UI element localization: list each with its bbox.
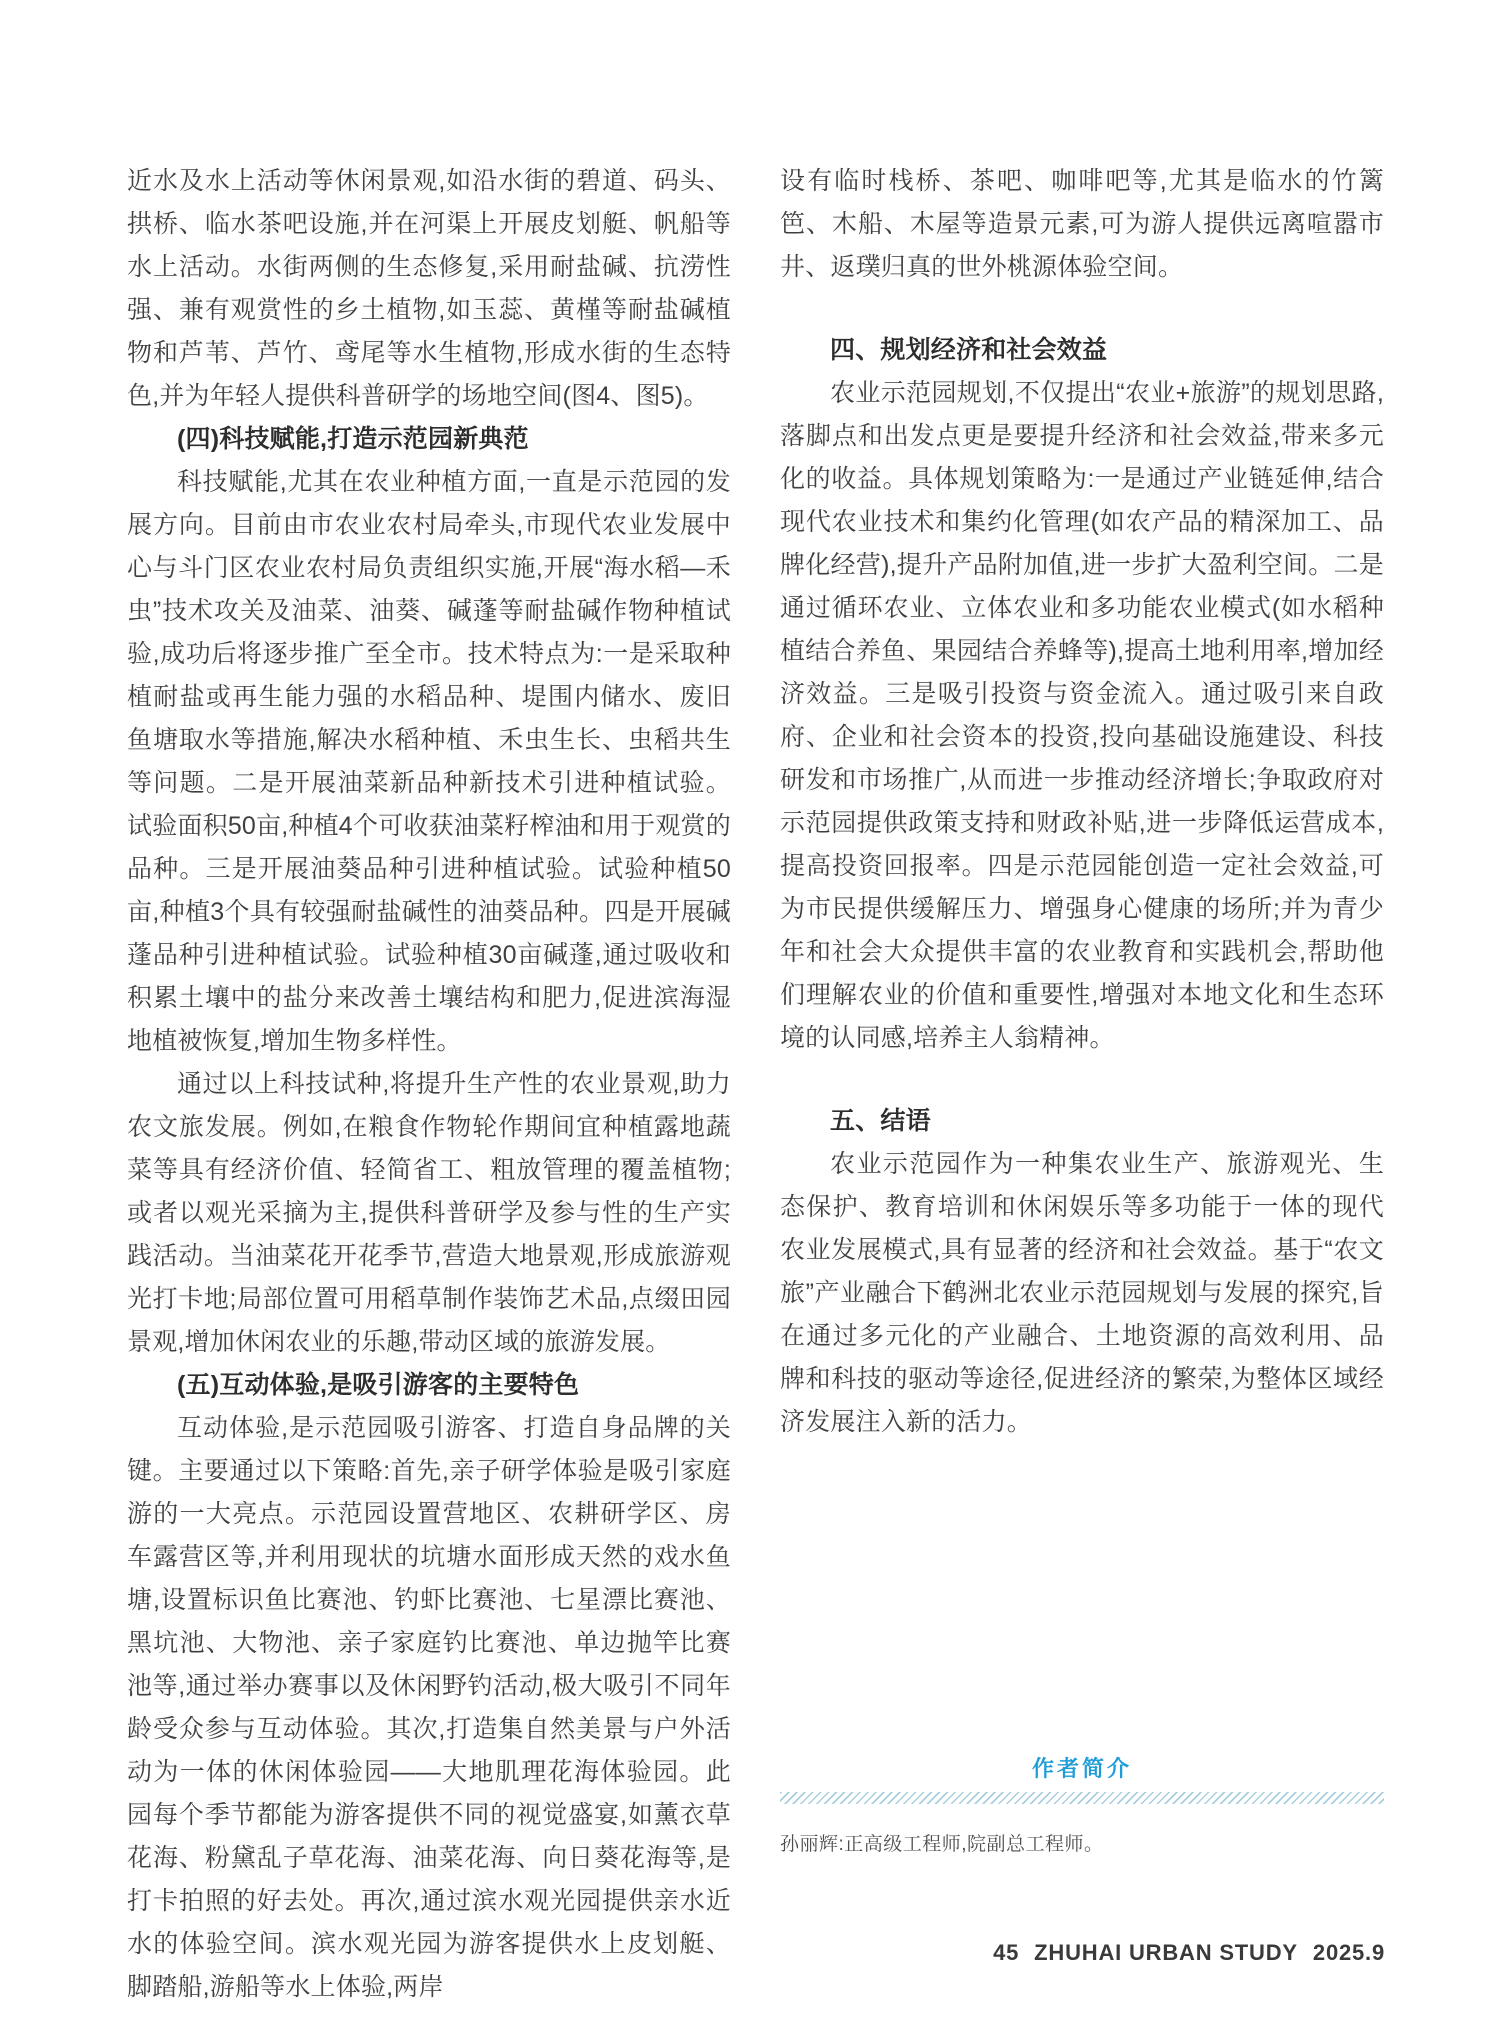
author-section-title: 作者简介: [780, 1752, 1384, 1783]
section-heading-economics: 四、规划经济和社会效益: [780, 329, 1384, 372]
paragraph-economic-benefits: 农业示范园规划,不仅提出“农业+旅游”的规划思路,落脚点和出发点更是要提升经济和…: [780, 372, 1384, 1060]
hatch-divider: [780, 1792, 1384, 1804]
left-column: 近水及水上活动等休闲景观,如沿水街的碧道、码头、拱桥、临水茶吧设施,并在河渠上开…: [127, 160, 731, 2009]
right-column: 设有临时栈桥、茶吧、咖啡吧等,尤其是临水的竹篱笆、木船、木屋等造景元素,可为游人…: [780, 160, 1384, 1444]
paragraph-technology: 科技赋能,尤其在农业种植方面,一直是示范园的发展方向。目前由市农业农村局牵头,市…: [127, 461, 731, 1063]
journal-article-page: 近水及水上活动等休闲景观,如沿水街的碧道、码头、拱桥、临水茶吧设施,并在河渠上开…: [0, 0, 1500, 2036]
page-number: 45: [993, 1940, 1019, 1965]
page-footer: 45ZHUHAI URBAN STUDY2025.9: [993, 1940, 1385, 1966]
subsection-heading-4: (四)科技赋能,打造示范园新典范: [127, 418, 731, 461]
paragraph-interactive-experience: 互动体验,是示范园吸引游客、打造自身品牌的关键。主要通过以下策略:首先,亲子研学…: [127, 1407, 731, 2009]
subsection-heading-5: (五)互动体验,是吸引游客的主要特色: [127, 1364, 731, 1407]
paragraph-agri-landscape: 通过以上科技试种,将提升生产性的农业景观,助力农文旅发展。例如,在粮食作物轮作期…: [127, 1063, 731, 1364]
author-section: 作者简介 孙丽辉:正高级工程师,院副总工程师。: [780, 1752, 1384, 1856]
paragraph-waterfront-continued: 设有临时栈桥、茶吧、咖啡吧等,尤其是临水的竹篱笆、木船、木屋等造景元素,可为游人…: [780, 160, 1384, 289]
paragraph-conclusion: 农业示范园作为一种集农业生产、旅游观光、生态保护、教育培训和休闲娱乐等多功能于一…: [780, 1143, 1384, 1444]
section-heading-conclusion: 五、结语: [780, 1100, 1384, 1143]
author-bio: 孙丽辉:正高级工程师,院副总工程师。: [780, 1829, 1384, 1856]
journal-name: ZHUHAI URBAN STUDY: [1034, 1940, 1298, 1965]
paragraph-water-street: 近水及水上活动等休闲景观,如沿水街的碧道、码头、拱桥、临水茶吧设施,并在河渠上开…: [127, 160, 731, 418]
issue-date: 2025.9: [1313, 1940, 1385, 1965]
